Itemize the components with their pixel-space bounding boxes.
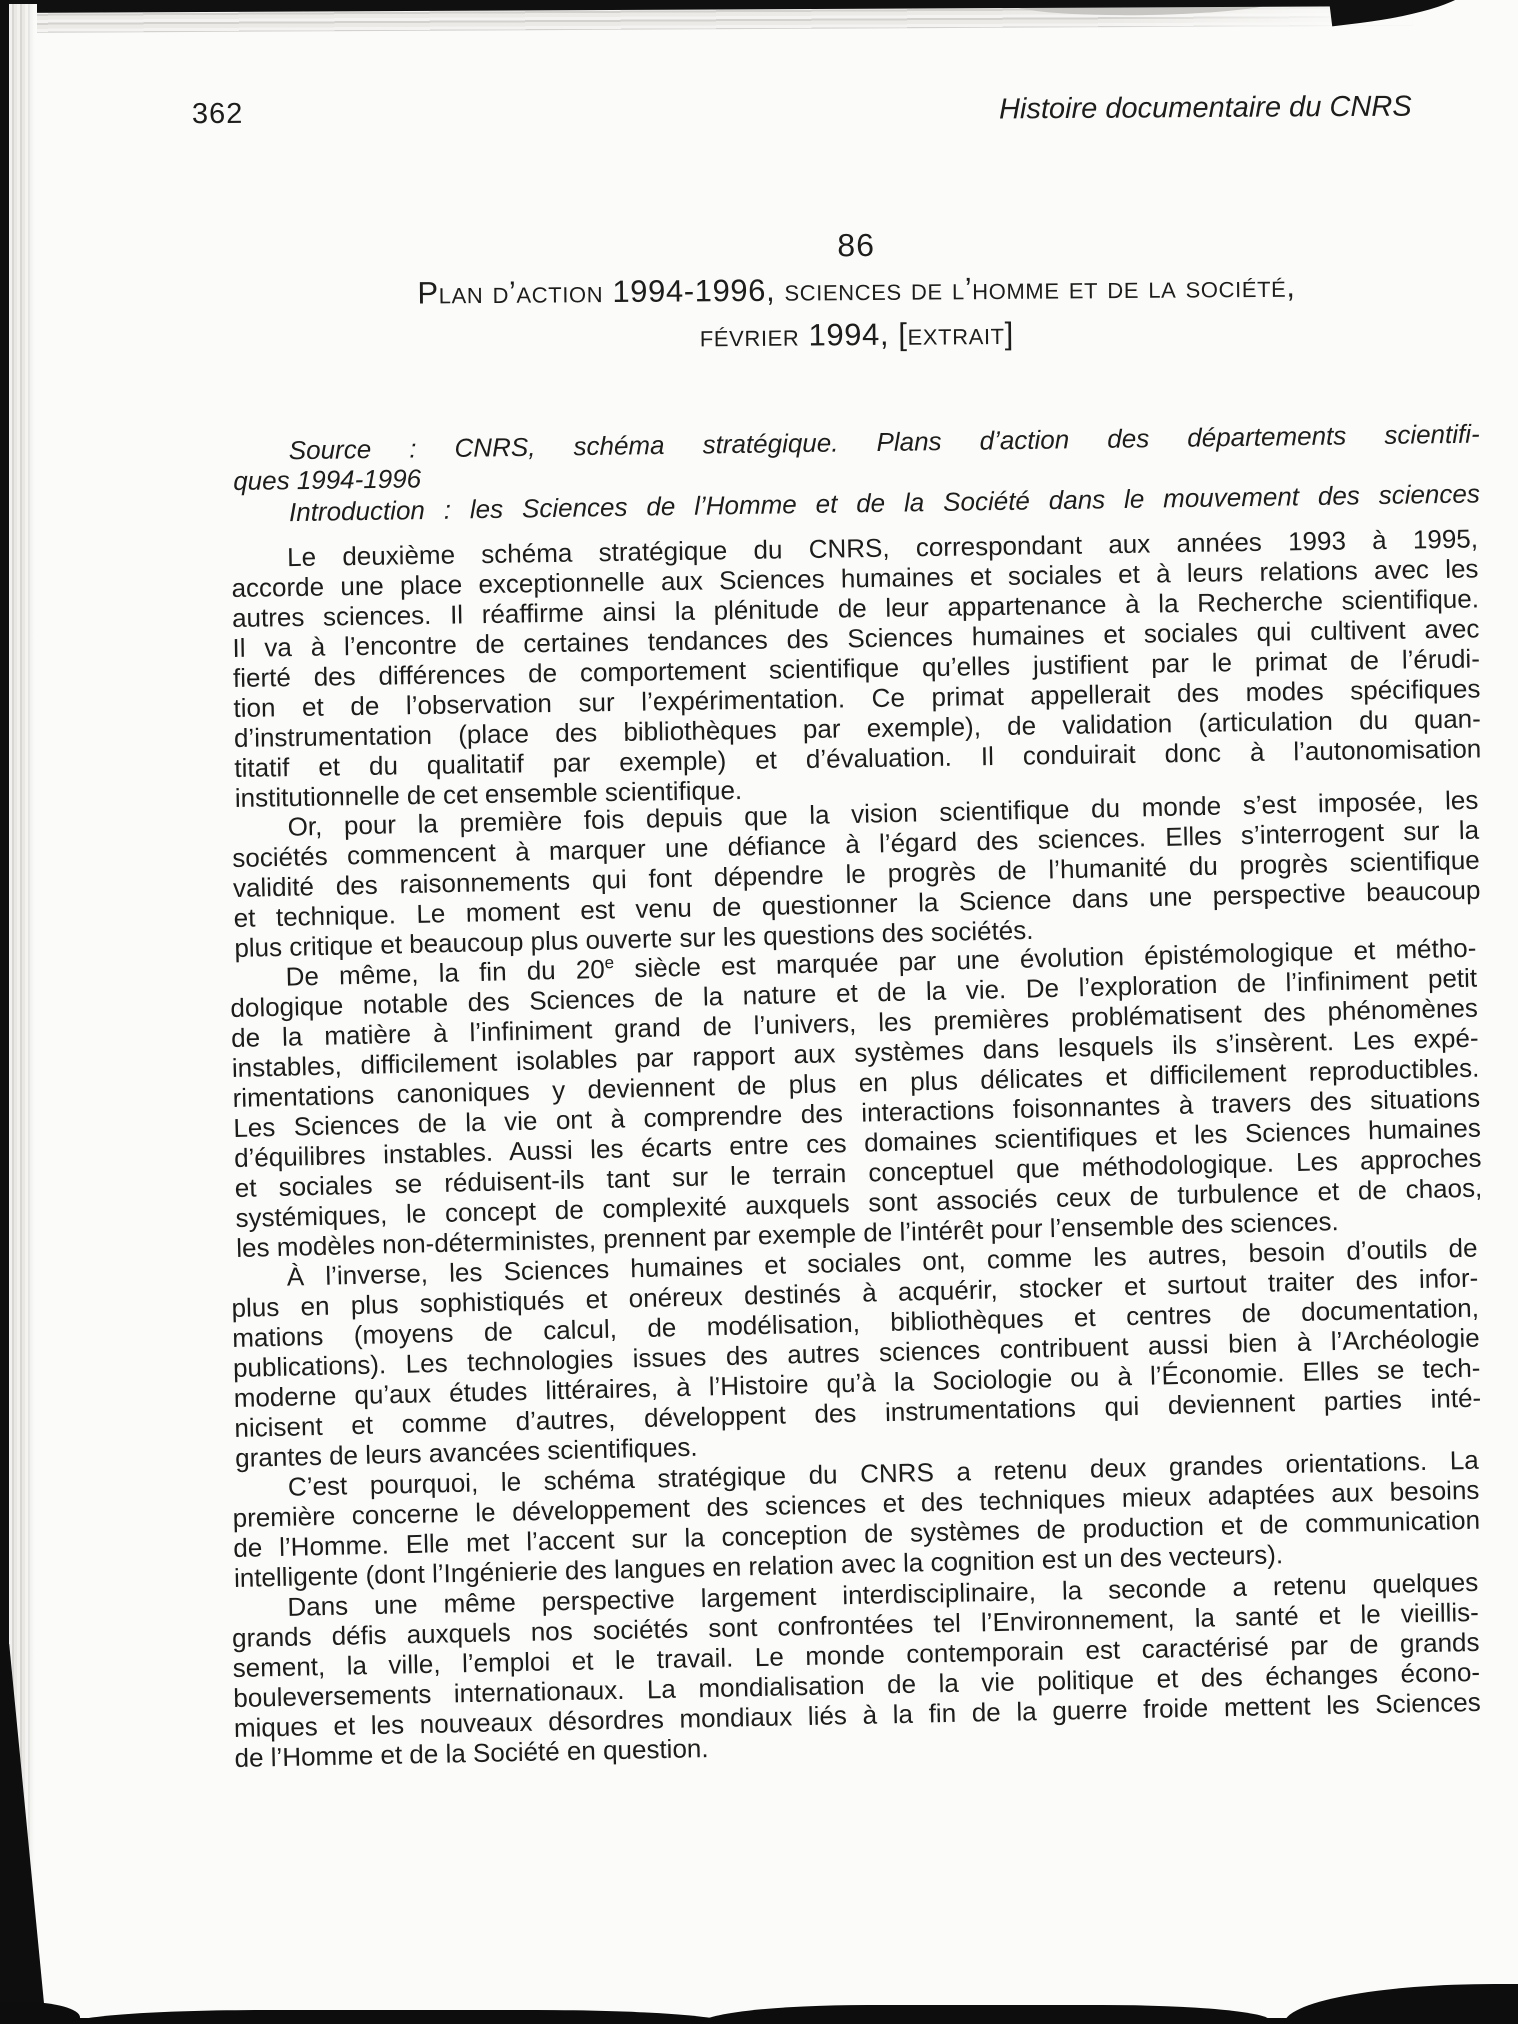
- bottom-right-edge-curl: [1284, 1984, 1518, 2024]
- scanned-book-page: 362 Histoire documentaire du CNRS 86 Pla…: [0, 0, 1518, 2024]
- paragraph-6: Dans une même perspective largement inte…: [231, 1567, 1481, 1773]
- text-column: 86 Plan d’action 1994-1996, sciences de …: [233, 0, 1480, 1773]
- paragraph-3: De même, la fin du 20e siècle est marqué…: [229, 933, 1483, 1263]
- bottom-edge-wave-1: [0, 2002, 80, 2024]
- paragraph-4: À l’inverse, les Sciences humaines et so…: [230, 1233, 1482, 1473]
- bottom-edge-wave-3: [700, 2005, 1270, 2024]
- bottom-edge-wave-2: [70, 2010, 730, 2024]
- superscript-e: e: [604, 953, 614, 972]
- document-body: Le deuxième schéma stratégique du CNRS, …: [233, 543, 1480, 1773]
- paragraph-1: Le deuxième schéma stratégique du CNRS, …: [231, 523, 1482, 813]
- document-heading: 86 Plan d’action 1994-1996, sciences de …: [232, 218, 1480, 362]
